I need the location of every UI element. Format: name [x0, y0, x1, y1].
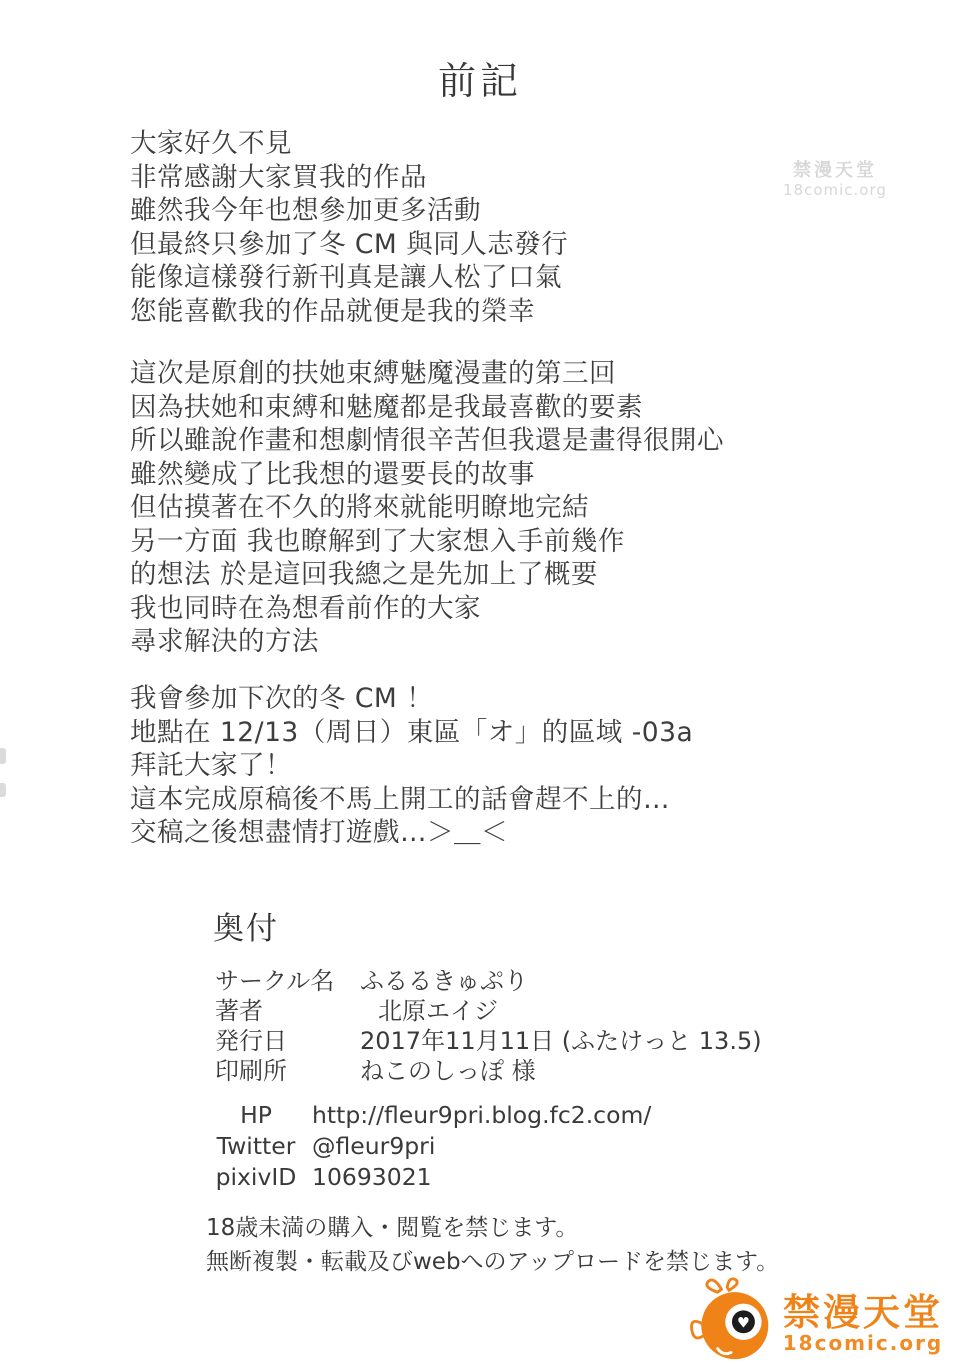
- pixiv-id-label: pixivID: [208, 1162, 304, 1193]
- text-line: 您能喜歡我的作品就便是我的榮幸: [130, 295, 568, 329]
- twitter-handle: @fleur9pri: [312, 1132, 435, 1160]
- printer-label: 印刷所: [215, 1056, 360, 1086]
- printer-value: ねこのしっぽ 様: [360, 1057, 536, 1085]
- scanned-page: 前記 禁漫天堂 18comic.org 大家好久不見 非常感謝大家買我的作品 雖…: [0, 0, 960, 1364]
- links-row-pixiv: pixivID10693021: [208, 1162, 651, 1193]
- watermark-site: 18comic.org: [783, 182, 887, 199]
- legal-notices: 18歳未満の購入・閲覧を禁じます。 無断複製・転載及びwebへのアップロードを禁…: [206, 1211, 779, 1279]
- twitter-label: Twitter: [208, 1131, 304, 1162]
- text-line: 能像這樣發行新刊真是讓人松了口氣: [130, 261, 568, 295]
- colophon-heading: 奥付: [213, 903, 279, 948]
- author-value: 北原エイジ: [360, 997, 498, 1025]
- site-brand-name: 禁漫天堂: [772, 1294, 954, 1331]
- text-line: 尋求解決的方法: [130, 625, 724, 659]
- site-logo-text: 禁漫天堂 18comic.org: [772, 1294, 954, 1354]
- text-line: 雖然變成了比我想的還要長的故事: [130, 458, 724, 492]
- watermark-top: 禁漫天堂 18comic.org: [783, 161, 887, 199]
- text-line: 我也同時在為想看前作的大家: [130, 592, 724, 626]
- page-title: 前記: [0, 50, 960, 105]
- pixiv-id-value: 10693021: [312, 1163, 432, 1191]
- foreword-paragraph-2: 這次是原創的扶她束縛魅魔漫畫的第三回 因為扶她和束縛和魅魔都是我最喜歡的要素 所…: [130, 357, 724, 659]
- scan-artifact: [0, 748, 6, 764]
- colophon-row-printer: 印刷所ねこのしっぽ 様: [215, 1056, 762, 1086]
- foreword-paragraph-3: 我會參加下次的冬 CM ！ 地點在 12/13（周日）東區「オ」的區域 -03a…: [130, 682, 693, 850]
- text-line: 因為扶她和束縛和魅魔都是我最喜歡的要素: [130, 391, 724, 425]
- publish-date-value: 2017年11月11日 (ふたけっと 13.5): [360, 1027, 762, 1055]
- hp-url: http://fleur9pri.blog.fc2.com/: [312, 1101, 651, 1129]
- age-restriction-notice: 18歳未満の購入・閲覧を禁じます。: [206, 1211, 779, 1245]
- hp-label: HP: [208, 1100, 304, 1131]
- text-line: 但估摸著在不久的將來就能明瞭地完結: [130, 491, 724, 525]
- text-line: 的想法 於是這回我總之是先加上了概要: [130, 558, 724, 592]
- text-line: 雖然我今年也想參加更多活動: [130, 194, 568, 228]
- publish-date-label: 発行日: [215, 1026, 360, 1056]
- text-line: 大家好久不見: [130, 127, 568, 161]
- colophon-table: サークル名ふるるきゅぷり 著者北原エイジ 発行日2017年11月11日 (ふたけ…: [215, 966, 762, 1086]
- text-line: 非常感謝大家買我的作品: [130, 161, 568, 195]
- colophon-row-author: 著者北原エイジ: [215, 996, 762, 1026]
- watermark-brand: 禁漫天堂: [783, 161, 887, 182]
- text-line: 但最終只參加了冬 CM 與同人志發行: [130, 228, 568, 262]
- text-line: 拜託大家了！: [130, 749, 693, 783]
- links-table: HPhttp://fleur9pri.blog.fc2.com/ Twitter…: [208, 1100, 651, 1193]
- circle-name-value: ふるるきゅぷり: [360, 967, 528, 995]
- circle-name-label: サークル名: [215, 966, 360, 996]
- site-logo: ♥ 禁漫天堂 18comic.org: [688, 1274, 954, 1362]
- scan-artifact: [0, 783, 6, 797]
- text-line: 這本完成原稿後不馬上開工的話會趕不上的…: [130, 783, 693, 817]
- links-row-twitter: Twitter@fleur9pri: [208, 1131, 651, 1162]
- foreword-paragraph-1: 大家好久不見 非常感謝大家買我的作品 雖然我今年也想參加更多活動 但最終只參加了…: [130, 127, 568, 328]
- text-line: 另一方面 我也瞭解到了大家想入手前幾作: [130, 525, 724, 559]
- text-line: 這次是原創的扶她束縛魅魔漫畫的第三回: [130, 357, 724, 391]
- text-line: 地點在 12/13（周日）東區「オ」的區域 -03a: [130, 716, 693, 750]
- author-label: 著者: [215, 996, 360, 1026]
- site-domain: 18comic.org: [772, 1332, 954, 1354]
- colophon-row-publish-date: 発行日2017年11月11日 (ふたけっと 13.5): [215, 1026, 762, 1056]
- text-line: 交稿之後想盡情打遊戲…＞＿＜: [130, 816, 693, 850]
- links-row-hp: HPhttp://fleur9pri.blog.fc2.com/: [208, 1100, 651, 1131]
- heart-icon: ♥: [737, 1316, 750, 1332]
- text-line: 所以雖說作畫和想劇情很辛苦但我還是畫得很開心: [130, 424, 724, 458]
- colophon-row-circle: サークル名ふるるきゅぷり: [215, 966, 762, 996]
- whale-mascot-icon: ♥: [688, 1274, 774, 1362]
- text-line: 我會參加下次的冬 CM ！: [130, 682, 693, 716]
